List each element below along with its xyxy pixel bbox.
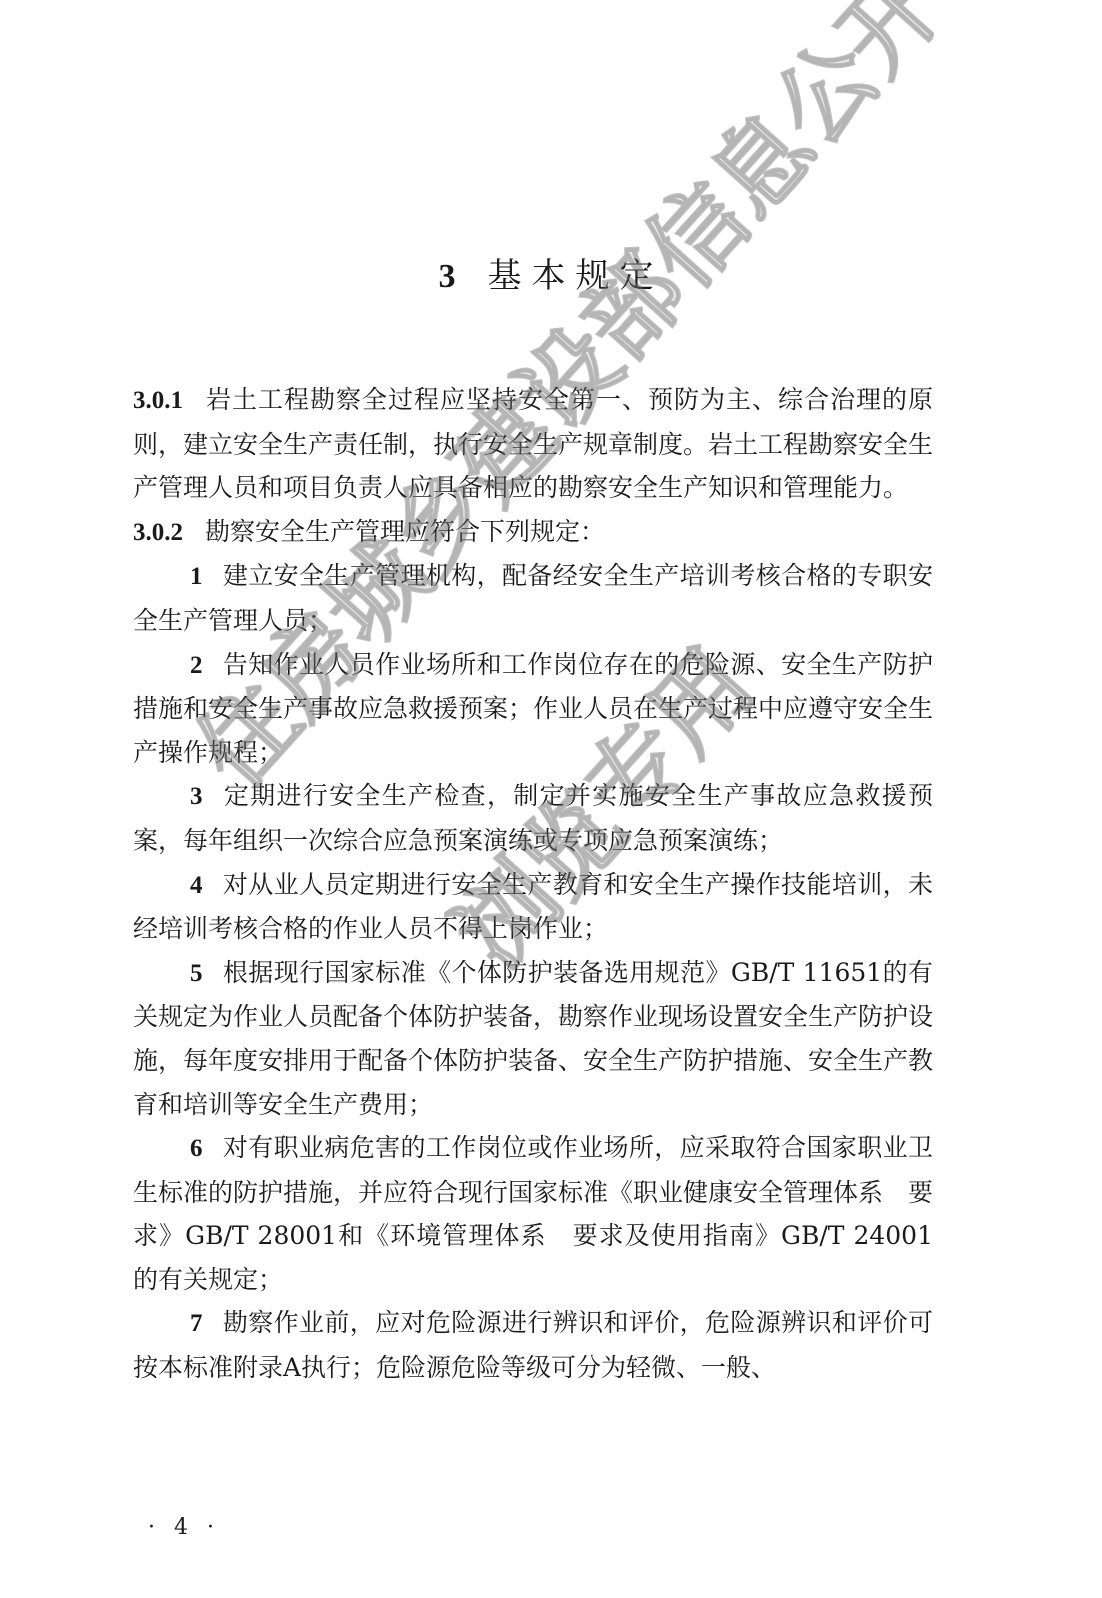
item-text: 根据现行国家标准《个体防护装备选用规范》GB/T 11651的有关规定为作业人员… <box>133 958 933 1119</box>
chapter-number: 3 <box>439 258 466 295</box>
page-number: · 4 · <box>148 1515 220 1540</box>
item-number: 4 <box>190 872 203 899</box>
item-text: 建立安全生产管理机构，配备经安全生产培训考核合格的专职安全生产管理人员； <box>133 561 933 635</box>
list-item: 2告知作业人员作业场所和工作岗位存在的危险源、安全生产防护措施和安全生产事故应急… <box>133 643 933 775</box>
list-item: 3定期进行安全生产检查，制定并实施安全生产事故应急救援预案，每年组织一次综合应急… <box>133 774 933 862</box>
item-number: 6 <box>190 1135 203 1162</box>
clause-3-0-2: 3.0.2勘察安全生产管理应符合下列规定： <box>133 510 933 555</box>
item-number: 3 <box>190 783 203 810</box>
item-text: 对有职业病危害的工作岗位或作业场所，应采取符合国家职业卫生标准的防护措施，并应符… <box>133 1133 933 1294</box>
clause-text: 勘察安全生产管理应符合下列规定： <box>205 517 605 546</box>
item-number: 2 <box>190 652 203 679</box>
item-text: 勘察作业前，应对危险源进行辨识和评价，危险源辨识和评价可按本标准附录A执行；危险… <box>133 1308 933 1382</box>
document-page: 3基本规定 3.0.1岩土工程勘察全过程应坚持安全第一、预防为主、综合治理的原则… <box>0 0 1102 1598</box>
clause-number: 3.0.2 <box>133 519 183 546</box>
clause-number: 3.0.1 <box>133 387 183 414</box>
chapter-title-text: 基本规定 <box>488 256 664 296</box>
list-item: 7勘察作业前，应对危险源进行辨识和评价，危险源辨识和评价可按本标准附录A执行；危… <box>133 1301 933 1389</box>
item-number: 1 <box>190 563 203 590</box>
clause-text: 岩土工程勘察全过程应坚持安全第一、预防为主、综合治理的原则，建立安全生产责任制，… <box>133 385 933 502</box>
list-item: 6对有职业病危害的工作岗位或作业场所，应采取符合国家职业卫生标准的防护措施，并应… <box>133 1126 933 1301</box>
item-text: 告知作业人员作业场所和工作岗位存在的危险源、安全生产防护措施和安全生产事故应急救… <box>133 650 933 767</box>
chapter-heading: 3基本规定 <box>0 248 1102 297</box>
item-number: 5 <box>190 960 203 987</box>
item-number: 7 <box>190 1310 203 1337</box>
clause-3-0-1: 3.0.1岩土工程勘察全过程应坚持安全第一、预防为主、综合治理的原则，建立安全生… <box>133 378 933 510</box>
item-text: 定期进行安全生产检查，制定并实施安全生产事故应急救援预案，每年组织一次综合应急预… <box>133 781 933 855</box>
list-item: 4对从业人员定期进行安全生产教育和安全生产操作技能培训，未经培训考核合格的作业人… <box>133 863 933 951</box>
list-item: 1建立安全生产管理机构，配备经安全生产培训考核合格的专职安全生产管理人员； <box>133 554 933 642</box>
list-item: 5根据现行国家标准《个体防护装备选用规范》GB/T 11651的有关规定为作业人… <box>133 951 933 1126</box>
body-text: 3.0.1岩土工程勘察全过程应坚持安全第一、预防为主、综合治理的原则，建立安全生… <box>133 378 933 1390</box>
item-text: 对从业人员定期进行安全生产教育和安全生产操作技能培训，未经培训考核合格的作业人员… <box>133 870 933 944</box>
